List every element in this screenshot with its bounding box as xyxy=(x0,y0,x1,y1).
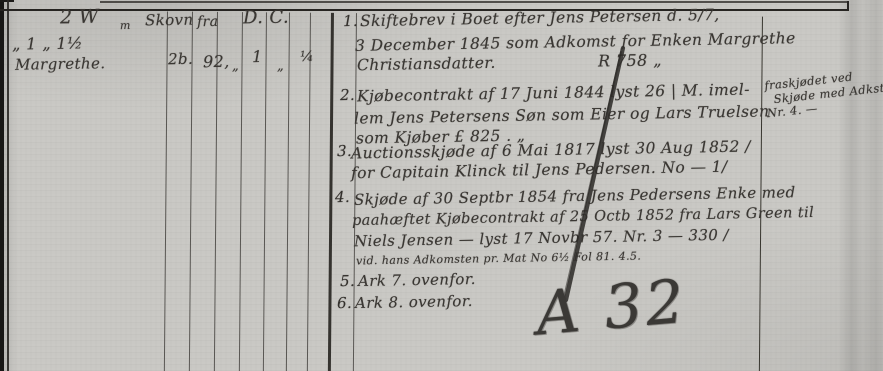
pencil-annotation: A 32 xyxy=(534,272,689,345)
document-page: 2 W m Skovn fra D. C. „ 1 „ 1½ Margrethe… xyxy=(0,0,883,371)
pencil-slash-stroke xyxy=(0,0,883,371)
